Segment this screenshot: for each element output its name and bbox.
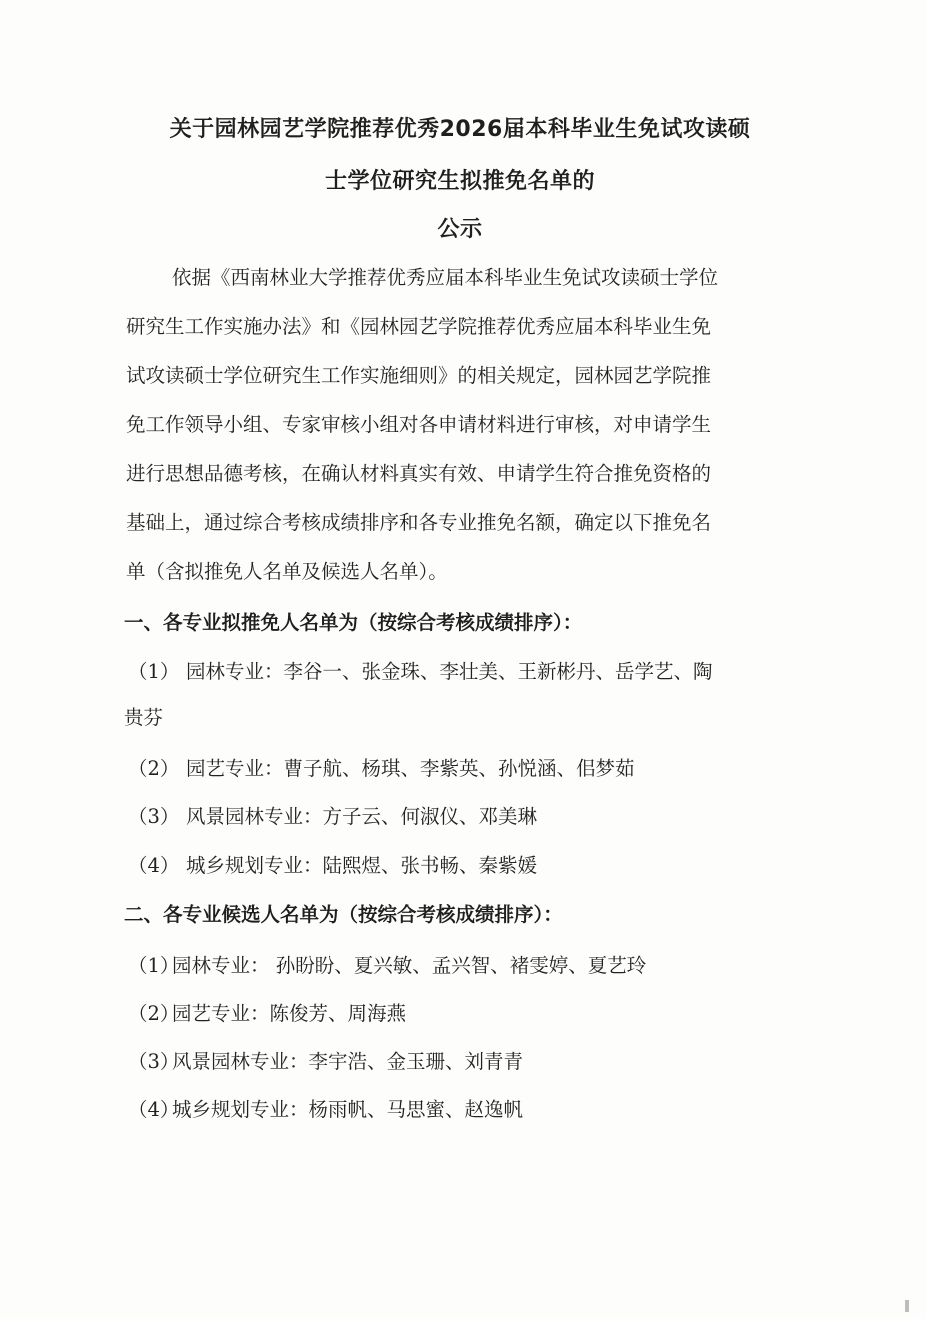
item-text: 城乡规划专业：陆熙煜、张书畅、秦紫媛	[186, 854, 537, 877]
item-number: （3）	[128, 801, 186, 829]
item-number: （4）	[128, 850, 186, 878]
recommended-list-item: （4）城乡规划专业：陆熙煜、张书畅、秦紫媛	[128, 850, 537, 878]
section-1-heading: 一、各专业拟推免人名单为（按综合考核成绩排序）：	[124, 607, 582, 635]
recommended-list-item: （2）园艺专业：曹子航、杨琪、李紫英、孙悦涵、佀梦茹	[128, 753, 635, 781]
title-line-3: 公示	[120, 212, 800, 243]
item-text: 园艺专业：陈俊芳、周海燕	[172, 1002, 406, 1025]
title-line-2: 士学位研究生拟推免名单的	[120, 164, 800, 195]
item-text: 园林专业：李谷一、张金珠、李壮美、王新彬丹、岳学艺、陶	[186, 660, 713, 683]
recommended-list-item: （1）园林专业：李谷一、张金珠、李壮美、王新彬丹、岳学艺、陶	[128, 656, 713, 684]
paragraph-line: 试攻读硕士学位研究生工作实施细则》的相关规定，园林园艺学院推	[126, 360, 786, 388]
item-number: （4）	[128, 1094, 172, 1122]
item-text: 城乡规划专业：杨雨帆、马思蜜、赵逸帆	[172, 1098, 523, 1121]
item-number: （2）	[128, 998, 172, 1026]
item-number: （1）	[128, 950, 172, 978]
scan-artifact	[905, 1300, 909, 1312]
paragraph-line: 基础上，通过综合考核成绩排序和各专业推免名额，确定以下推免名	[126, 507, 786, 535]
paragraph-line: 单（含拟推免人名单及候选人名单）。	[126, 556, 786, 584]
paragraph-line: 进行思想品德考核，在确认材料真实有效、申请学生符合推免资格的	[126, 458, 786, 486]
section-2-heading: 二、各专业候选人名单为（按综合考核成绩排序）：	[124, 899, 563, 927]
candidate-list-item: （4）城乡规划专业：杨雨帆、马思蜜、赵逸帆	[128, 1094, 523, 1122]
paragraph-line: 依据《西南林业大学推荐优秀应届本科毕业生免试攻读硕士学位	[172, 262, 832, 290]
candidate-list-item: （1）园林专业： 孙盼盼、夏兴敏、孟兴智、褚雯婷、夏艺玲	[128, 950, 646, 978]
candidate-list-item: （3）风景园林专业：李宇浩、金玉珊、刘青青	[128, 1046, 523, 1074]
item-text: 风景园林专业：方子云、何淑仪、邓美琳	[186, 805, 537, 828]
item-number: （1）	[128, 656, 186, 684]
item-text: 风景园林专业：李宇浩、金玉珊、刘青青	[172, 1050, 523, 1073]
recommended-list-item: （3）风景园林专业：方子云、何淑仪、邓美琳	[128, 801, 537, 829]
paragraph-line: 免工作领导小组、专家审核小组对各申请材料进行审核，对申请学生	[126, 409, 786, 437]
document-page: 关于园林园艺学院推荐优秀2026届本科毕业生免试攻读硕 士学位研究生拟推免名单的…	[0, 0, 926, 1319]
candidate-list-item: （2）园艺专业：陈俊芳、周海燕	[128, 998, 406, 1026]
item-number: （3）	[128, 1046, 172, 1074]
paragraph-line: 研究生工作实施办法》和《园林园艺学院推荐优秀应届本科毕业生免	[126, 311, 786, 339]
item-text: 园林专业： 孙盼盼、夏兴敏、孟兴智、褚雯婷、夏艺玲	[172, 954, 646, 977]
title-line-1: 关于园林园艺学院推荐优秀2026届本科毕业生免试攻读硕	[120, 112, 800, 143]
recommended-list-item-continuation: 贵芬	[124, 702, 163, 730]
item-text: 园艺专业：曹子航、杨琪、李紫英、孙悦涵、佀梦茹	[186, 757, 635, 780]
item-number: （2）	[128, 753, 186, 781]
